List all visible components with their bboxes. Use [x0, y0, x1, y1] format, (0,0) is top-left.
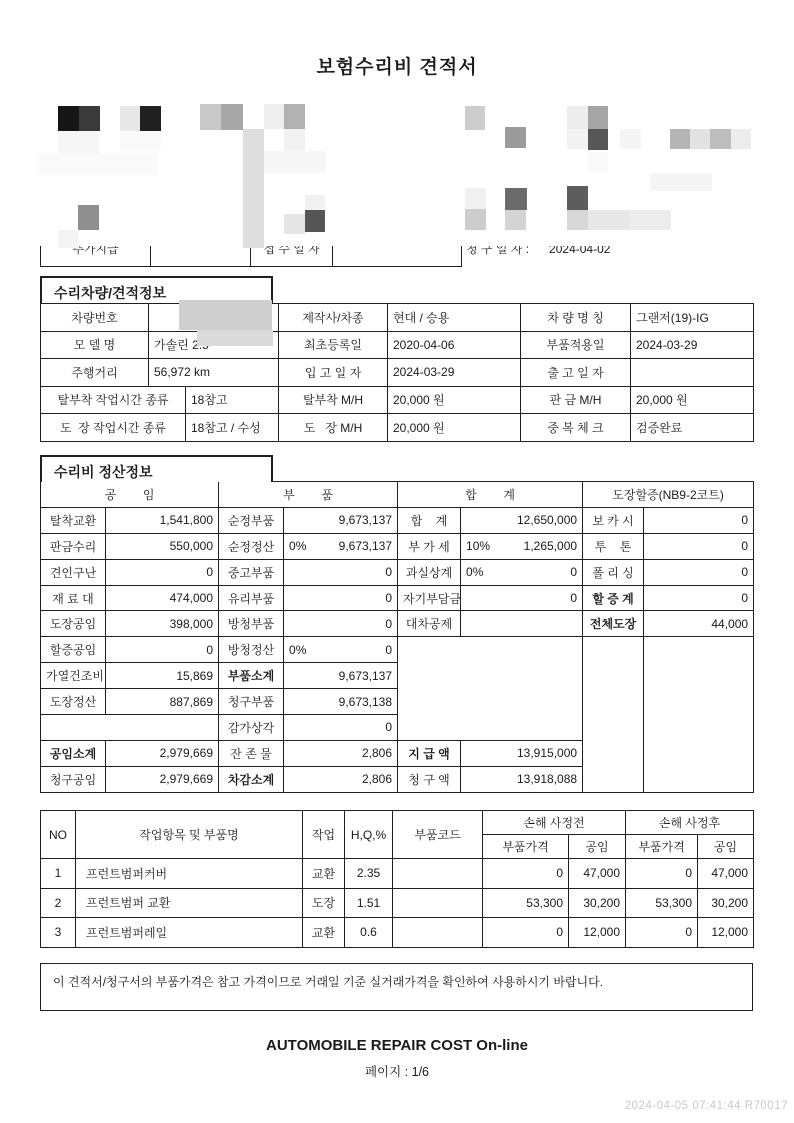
- work-item-row: 2 프런트범퍼 교환 도장 1.51 53,300 30,200 53,300 …: [41, 888, 754, 918]
- before-part-price-header: 부품가격: [483, 835, 569, 859]
- clipped-header-row-inner: 추가지급 접 수 일 자: [40, 246, 462, 266]
- paint-mh-label: 도 장 M/H: [279, 414, 388, 442]
- extra-value: 0: [644, 507, 754, 533]
- pct: 0%: [289, 539, 306, 553]
- parts-value: 9,673,137: [284, 663, 398, 689]
- amount: 398,000: [170, 617, 213, 631]
- before-part-price: 53,300: [483, 888, 569, 918]
- redaction-block: [221, 104, 243, 130]
- amount: 1,541,800: [160, 513, 213, 527]
- part-code-header: 부품코드: [393, 811, 483, 859]
- redaction-block: [588, 210, 630, 230]
- redaction-block: [305, 210, 325, 232]
- settlement-table: 공 임 부 품 합 계 도장할증(NB9-2코트) 탈착교환 1,541,800…: [40, 481, 754, 793]
- redaction-block: [284, 129, 305, 151]
- work-type: 교환: [303, 918, 345, 948]
- redaction-block: [630, 210, 671, 230]
- total-value: 10%1,265,000: [461, 533, 583, 559]
- settlement-row-3: 견인구난 0 중고부품 0 과실상계 0%0 폴 리 싱 0: [41, 559, 754, 585]
- item-header: 작업항목 및 부품명: [76, 811, 303, 859]
- redaction-block: [731, 129, 751, 149]
- total-label: 대차공제: [398, 611, 461, 637]
- labor-value: 15,869: [106, 663, 219, 689]
- labor-empty-cell: [41, 715, 219, 741]
- paint-time-label: 도 장 작업시간 종류: [41, 414, 186, 442]
- redaction-block: [284, 104, 305, 129]
- salvage-label: 잔 존 물: [219, 740, 284, 766]
- labor-label: 가열건조비: [41, 663, 106, 689]
- in-date-value: 2024-03-29: [388, 359, 521, 387]
- amount: 13,918,088: [517, 772, 577, 786]
- labor-label: 재 료 대: [41, 585, 106, 611]
- parts-value: 0: [284, 585, 398, 611]
- amount: 9,673,137: [339, 539, 392, 553]
- total-value: 12,650,000: [461, 507, 583, 533]
- out-date-value: [631, 359, 754, 387]
- parts-subtotal-label: 부품소계: [219, 663, 284, 689]
- after-labor-header: 공임: [698, 835, 754, 859]
- clipped-field-value: [150, 246, 250, 266]
- amount: 2,806: [362, 772, 392, 786]
- extra-value-empty-area: [644, 637, 754, 792]
- pct: 0%: [289, 643, 306, 657]
- parts-date-value: 2024-03-29: [631, 331, 754, 359]
- redaction-block: [650, 173, 712, 191]
- parts-value: 0%0: [284, 637, 398, 663]
- amount: 0: [385, 591, 392, 605]
- redaction-block: [465, 188, 486, 209]
- parts-group-header: 부 품: [219, 482, 398, 508]
- vehicle-info-table: 차량번호 제작사/차종 현대 / 승용 차 량 명 칭 그랜저(19)-IG 모…: [40, 303, 754, 442]
- parts-label: 순정부품: [219, 507, 284, 533]
- hq-value: 1.51: [345, 888, 393, 918]
- amount: 0: [741, 565, 748, 579]
- work-header: 작업: [303, 811, 345, 859]
- vehicle-row-4: 탈부착 작업시간 종류 18참고 탈부착 M/H 20,000 원 판 금 M/…: [41, 386, 754, 414]
- work-header-row-1: NO 작업항목 및 부품명 작업 H,Q,% 부품코드 손해 사정전 손해 사정…: [41, 811, 754, 835]
- redaction-block: [78, 205, 99, 230]
- car-name-label: 차 량 명 칭: [521, 304, 631, 332]
- after-labor: 30,200: [698, 888, 754, 918]
- redaction-block: [505, 188, 527, 210]
- labor-value: 2,979,669: [106, 740, 219, 766]
- amount: 0: [206, 643, 213, 657]
- item-no: 2: [41, 888, 76, 918]
- parts-value: 0: [284, 559, 398, 585]
- page-number: 페이지 : 1/6: [0, 1062, 794, 1080]
- amount: 44,000: [711, 617, 748, 631]
- labor-label: 도장정산: [41, 689, 106, 715]
- settlement-row-1: 탈착교환 1,541,800 순정부품 9,673,137 합 계 12,650…: [41, 507, 754, 533]
- amount: 1,265,000: [524, 539, 577, 553]
- first-reg-value: 2020-04-06: [388, 331, 521, 359]
- total-value: 0%0: [461, 559, 583, 585]
- receipt-date-value: [332, 246, 462, 266]
- extra-label: 보 카 시: [583, 507, 644, 533]
- redaction-block: [567, 106, 588, 129]
- extra-value: 0: [644, 559, 754, 585]
- no-header: NO: [41, 811, 76, 859]
- extra-label: 폴 리 싱: [583, 559, 644, 585]
- depreciation-label: 감가상각: [219, 715, 284, 741]
- before-labor: 12,000: [569, 918, 626, 948]
- pct: 10%: [466, 539, 490, 553]
- before-part-price: 0: [483, 859, 569, 889]
- after-adjust-header: 손해 사정후: [626, 811, 754, 835]
- parts-label: 방청부품: [219, 611, 284, 637]
- mileage-label: 주행거리: [41, 359, 149, 387]
- settlement-row-6: 할증공임 0 방청정산 0%0: [41, 637, 754, 663]
- total-value: [461, 611, 583, 637]
- car-name-value: 그랜저(19)-IG: [631, 304, 754, 332]
- labor-subtotal-label: 공임소계: [41, 740, 106, 766]
- parts-label: 방청정산: [219, 637, 284, 663]
- amount: 0: [385, 565, 392, 579]
- deduction-subtotal-label: 차감소계: [219, 766, 284, 792]
- parts-label: 청구부품: [219, 689, 284, 715]
- document-title: 보험수리비 견적서: [0, 52, 794, 79]
- amount: 0: [741, 513, 748, 527]
- labor-value: 0: [106, 559, 219, 585]
- redaction-block: [120, 106, 140, 131]
- model-label: 모 델 명: [41, 331, 149, 359]
- labor-label: 견인구난: [41, 559, 106, 585]
- labor-label: 할증공임: [41, 637, 106, 663]
- surcharge-total-label: 할 증 계: [583, 585, 644, 611]
- item-name: 프런트범퍼레일: [76, 918, 303, 948]
- total-group-header: 합 계: [398, 482, 583, 508]
- redaction-block: [505, 127, 526, 148]
- hq-value: 0.6: [345, 918, 393, 948]
- parts-value: 9,673,138: [284, 689, 398, 715]
- item-name: 프런트범퍼 교환: [76, 888, 303, 918]
- after-part-price: 53,300: [626, 888, 698, 918]
- mileage-value: 56,972 km: [149, 359, 279, 387]
- settlement-row-5: 도장공임 398,000 방청부품 0 대차공제 전체도장 44,000: [41, 611, 754, 637]
- amount: 0: [206, 565, 213, 579]
- work-type: 도장: [303, 888, 345, 918]
- model-value: 가솔린 2.5: [149, 331, 279, 359]
- vehicle-row-5: 도 장 작업시간 종류 18참고 / 수성 도 장 M/H 20,000 원 중…: [41, 414, 754, 442]
- redaction-block: [465, 209, 486, 230]
- remove-time-label: 탈부착 작업시간 종류: [41, 386, 186, 414]
- extra-value: 44,000: [644, 611, 754, 637]
- parts-value: 0%9,673,137: [284, 533, 398, 559]
- clipped-header-row: 추가지급 접 수 일 자: [40, 246, 462, 267]
- payment-value: 13,915,000: [461, 740, 583, 766]
- redaction-block: [305, 195, 325, 215]
- labor-value: 550,000: [106, 533, 219, 559]
- redaction-block: [284, 214, 305, 234]
- total-group-empty-area: [398, 637, 583, 741]
- parts-label: 순정정산: [219, 533, 284, 559]
- work-item-row: 1 프런트범퍼커버 교환 2.35 0 47,000 0 47,000: [41, 859, 754, 889]
- part-code: [393, 918, 483, 948]
- redaction-block: [567, 129, 588, 149]
- amount: 0: [385, 720, 392, 734]
- redaction-block: [79, 106, 100, 131]
- parts-value: 2,806: [284, 766, 398, 792]
- work-type: 교환: [303, 859, 345, 889]
- before-adjust-header: 손해 사정전: [483, 811, 626, 835]
- labor-value: 474,000: [106, 585, 219, 611]
- remove-mh-label: 탈부착 M/H: [279, 386, 388, 414]
- dup-check-value: 검증완료: [631, 414, 754, 442]
- amount: 474,000: [170, 591, 213, 605]
- payment-label: 지 급 액: [398, 740, 461, 766]
- parts-value: 0: [284, 611, 398, 637]
- claim-date-clipped: 청 구 일 자 : 2024-04-02: [466, 246, 726, 266]
- amount: 2,979,669: [160, 772, 213, 786]
- parts-value: 9,673,137: [284, 507, 398, 533]
- vehicle-row-3: 주행거리 56,972 km 입 고 일 자 2024-03-29 출 고 일 …: [41, 359, 754, 387]
- redaction-block: [140, 106, 161, 131]
- amount: 2,979,669: [160, 746, 213, 760]
- print-timestamp-watermark: 2024-04-05 07:41:44 R70017: [625, 1100, 788, 1112]
- labor-label: 탈착교환: [41, 507, 106, 533]
- parts-label: 유리부품: [219, 585, 284, 611]
- redaction-block: [37, 153, 158, 175]
- work-item-row: 3 프런트범퍼레일 교환 0.6 0 12,000 0 12,000: [41, 918, 754, 948]
- redaction-block: [58, 131, 99, 153]
- after-part-price-header: 부품가격: [626, 835, 698, 859]
- amount: 2,806: [362, 746, 392, 760]
- dup-check-label: 중 복 체 크: [521, 414, 631, 442]
- amount: 0: [570, 565, 577, 579]
- part-code: [393, 888, 483, 918]
- vehicle-row-1: 차량번호 제작사/차종 현대 / 승용 차 량 명 칭 그랜저(19)-IG: [41, 304, 754, 332]
- paint-extra-group-header: 도장할증(NB9-2코트): [583, 482, 754, 508]
- vehicle-row-2: 모 델 명 가솔린 2.5 최초등록일 2020-04-06 부품적용일 202…: [41, 331, 754, 359]
- redaction-block: [670, 129, 690, 149]
- amount: 0: [741, 591, 748, 605]
- before-labor: 30,200: [569, 888, 626, 918]
- paint-time-value: 18참고 / 수성: [186, 414, 279, 442]
- amount: 0: [385, 617, 392, 631]
- redaction-block: [620, 129, 641, 149]
- total-value: 0: [461, 585, 583, 611]
- amount: 0: [741, 539, 748, 553]
- labor-value: 887,869: [106, 689, 219, 715]
- amount: 9,673,138: [339, 695, 392, 709]
- sheetmetal-mh-value: 20,000 원: [631, 386, 754, 414]
- after-part-price: 0: [626, 859, 698, 889]
- redaction-block: [690, 129, 710, 149]
- redaction-block: [243, 129, 264, 248]
- parts-value: 0: [284, 715, 398, 741]
- amount: 0: [570, 591, 577, 605]
- settlement-row-2: 판금수리 550,000 순정정산 0%9,673,137 부 가 세 10%1…: [41, 533, 754, 559]
- amount: 15,869: [176, 669, 213, 683]
- labor-label: 도장공임: [41, 611, 106, 637]
- hq-value: 2.35: [345, 859, 393, 889]
- labor-value: 1,541,800: [106, 507, 219, 533]
- redaction-block: [505, 210, 526, 230]
- plate-no-label: 차량번호: [41, 304, 149, 332]
- maker-value: 현대 / 승용: [388, 304, 521, 332]
- before-labor-header: 공임: [569, 835, 626, 859]
- hq-header: H,Q,%: [345, 811, 393, 859]
- parts-label: 중고부품: [219, 559, 284, 585]
- disclaimer-note: 이 견적서/청구서의 부품가격은 참고 가격이므로 거래일 기준 실거래가격을 …: [40, 963, 753, 1011]
- labor-value: 2,979,669: [106, 766, 219, 792]
- amount: 9,673,137: [339, 669, 392, 683]
- out-date-label: 출 고 일 자: [521, 359, 631, 387]
- claim-amount-label: 청 구 액: [398, 766, 461, 792]
- redaction-block: [567, 210, 588, 230]
- sheetmetal-mh-label: 판 금 M/H: [521, 386, 631, 414]
- after-labor: 12,000: [698, 918, 754, 948]
- total-label: 자기부담금: [398, 585, 461, 611]
- redaction-block: [465, 106, 485, 130]
- redaction-block: [200, 104, 221, 130]
- extra-value: 0: [644, 533, 754, 559]
- item-name: 프런트범퍼커버: [76, 859, 303, 889]
- before-part-price: 0: [483, 918, 569, 948]
- settlement-row-4: 재 료 대 474,000 유리부품 0 자기부담금 0 할 증 계 0: [41, 585, 754, 611]
- in-date-label: 입 고 일 자: [279, 359, 388, 387]
- receipt-date-label: 접 수 일 자: [250, 246, 332, 266]
- claim-labor-label: 청구공임: [41, 766, 106, 792]
- parts-value: 2,806: [284, 740, 398, 766]
- maker-label: 제작사/차종: [279, 304, 388, 332]
- first-reg-label: 최초등록일: [279, 331, 388, 359]
- redaction-block: [588, 106, 608, 129]
- part-code: [393, 859, 483, 889]
- estimate-document-page: 보험수리비 견적서 추가지급 접 수 일 자 청 구 일 자 : 2024-04…: [0, 0, 794, 1123]
- redaction-block: [264, 104, 284, 129]
- labor-value: 398,000: [106, 611, 219, 637]
- amount: 0: [385, 643, 392, 657]
- claim-date-text: 청 구 일 자 : 2024-04-02: [466, 246, 610, 266]
- section-settlement-title: 수리비 정산정보: [42, 457, 271, 482]
- redaction-block: [710, 129, 731, 149]
- extra-label-empty-area: [583, 637, 644, 792]
- redaction-block: [567, 186, 588, 210]
- remove-mh-value: 20,000 원: [388, 386, 521, 414]
- amount: 887,869: [170, 695, 213, 709]
- total-label: 부 가 세: [398, 533, 461, 559]
- full-paint-label: 전체도장: [583, 611, 644, 637]
- clipped-field-label: 추가지급: [40, 246, 150, 266]
- redaction-block: [588, 152, 608, 172]
- section-vehicle-info-header: 수리차량/견적정보: [40, 276, 273, 303]
- paint-mh-value: 20,000 원: [388, 414, 521, 442]
- amount: 9,673,137: [339, 513, 392, 527]
- claim-amount-value: 13,918,088: [461, 766, 583, 792]
- labor-value: 0: [106, 637, 219, 663]
- redaction-block: [588, 129, 608, 150]
- settlement-header-row: 공 임 부 품 합 계 도장할증(NB9-2코트): [41, 482, 754, 508]
- after-labor: 47,000: [698, 859, 754, 889]
- section-vehicle-info-title: 수리차량/견적정보: [42, 278, 271, 303]
- remove-time-value: 18참고: [186, 386, 279, 414]
- after-part-price: 0: [626, 918, 698, 948]
- redaction-block: [120, 131, 161, 151]
- total-label: 합 계: [398, 507, 461, 533]
- before-labor: 47,000: [569, 859, 626, 889]
- labor-group-header: 공 임: [41, 482, 219, 508]
- item-no: 1: [41, 859, 76, 889]
- extra-value: 0: [644, 585, 754, 611]
- extra-label: 투 톤: [583, 533, 644, 559]
- amount: 550,000: [170, 539, 213, 553]
- service-brand: AUTOMOBILE REPAIR COST On-line: [0, 1037, 794, 1054]
- item-no: 3: [41, 918, 76, 948]
- total-label: 과실상계: [398, 559, 461, 585]
- labor-label: 판금수리: [41, 533, 106, 559]
- redaction-block: [264, 151, 326, 173]
- amount: 12,650,000: [517, 513, 577, 527]
- amount: 13,915,000: [517, 746, 577, 760]
- parts-date-label: 부품적용일: [521, 331, 631, 359]
- redaction-block: [58, 106, 79, 131]
- work-items-table: NO 작업항목 및 부품명 작업 H,Q,% 부품코드 손해 사정전 손해 사정…: [40, 810, 754, 948]
- plate-no-value: [149, 304, 279, 332]
- section-settlement-header: 수리비 정산정보: [40, 455, 273, 482]
- pct: 0%: [466, 565, 483, 579]
